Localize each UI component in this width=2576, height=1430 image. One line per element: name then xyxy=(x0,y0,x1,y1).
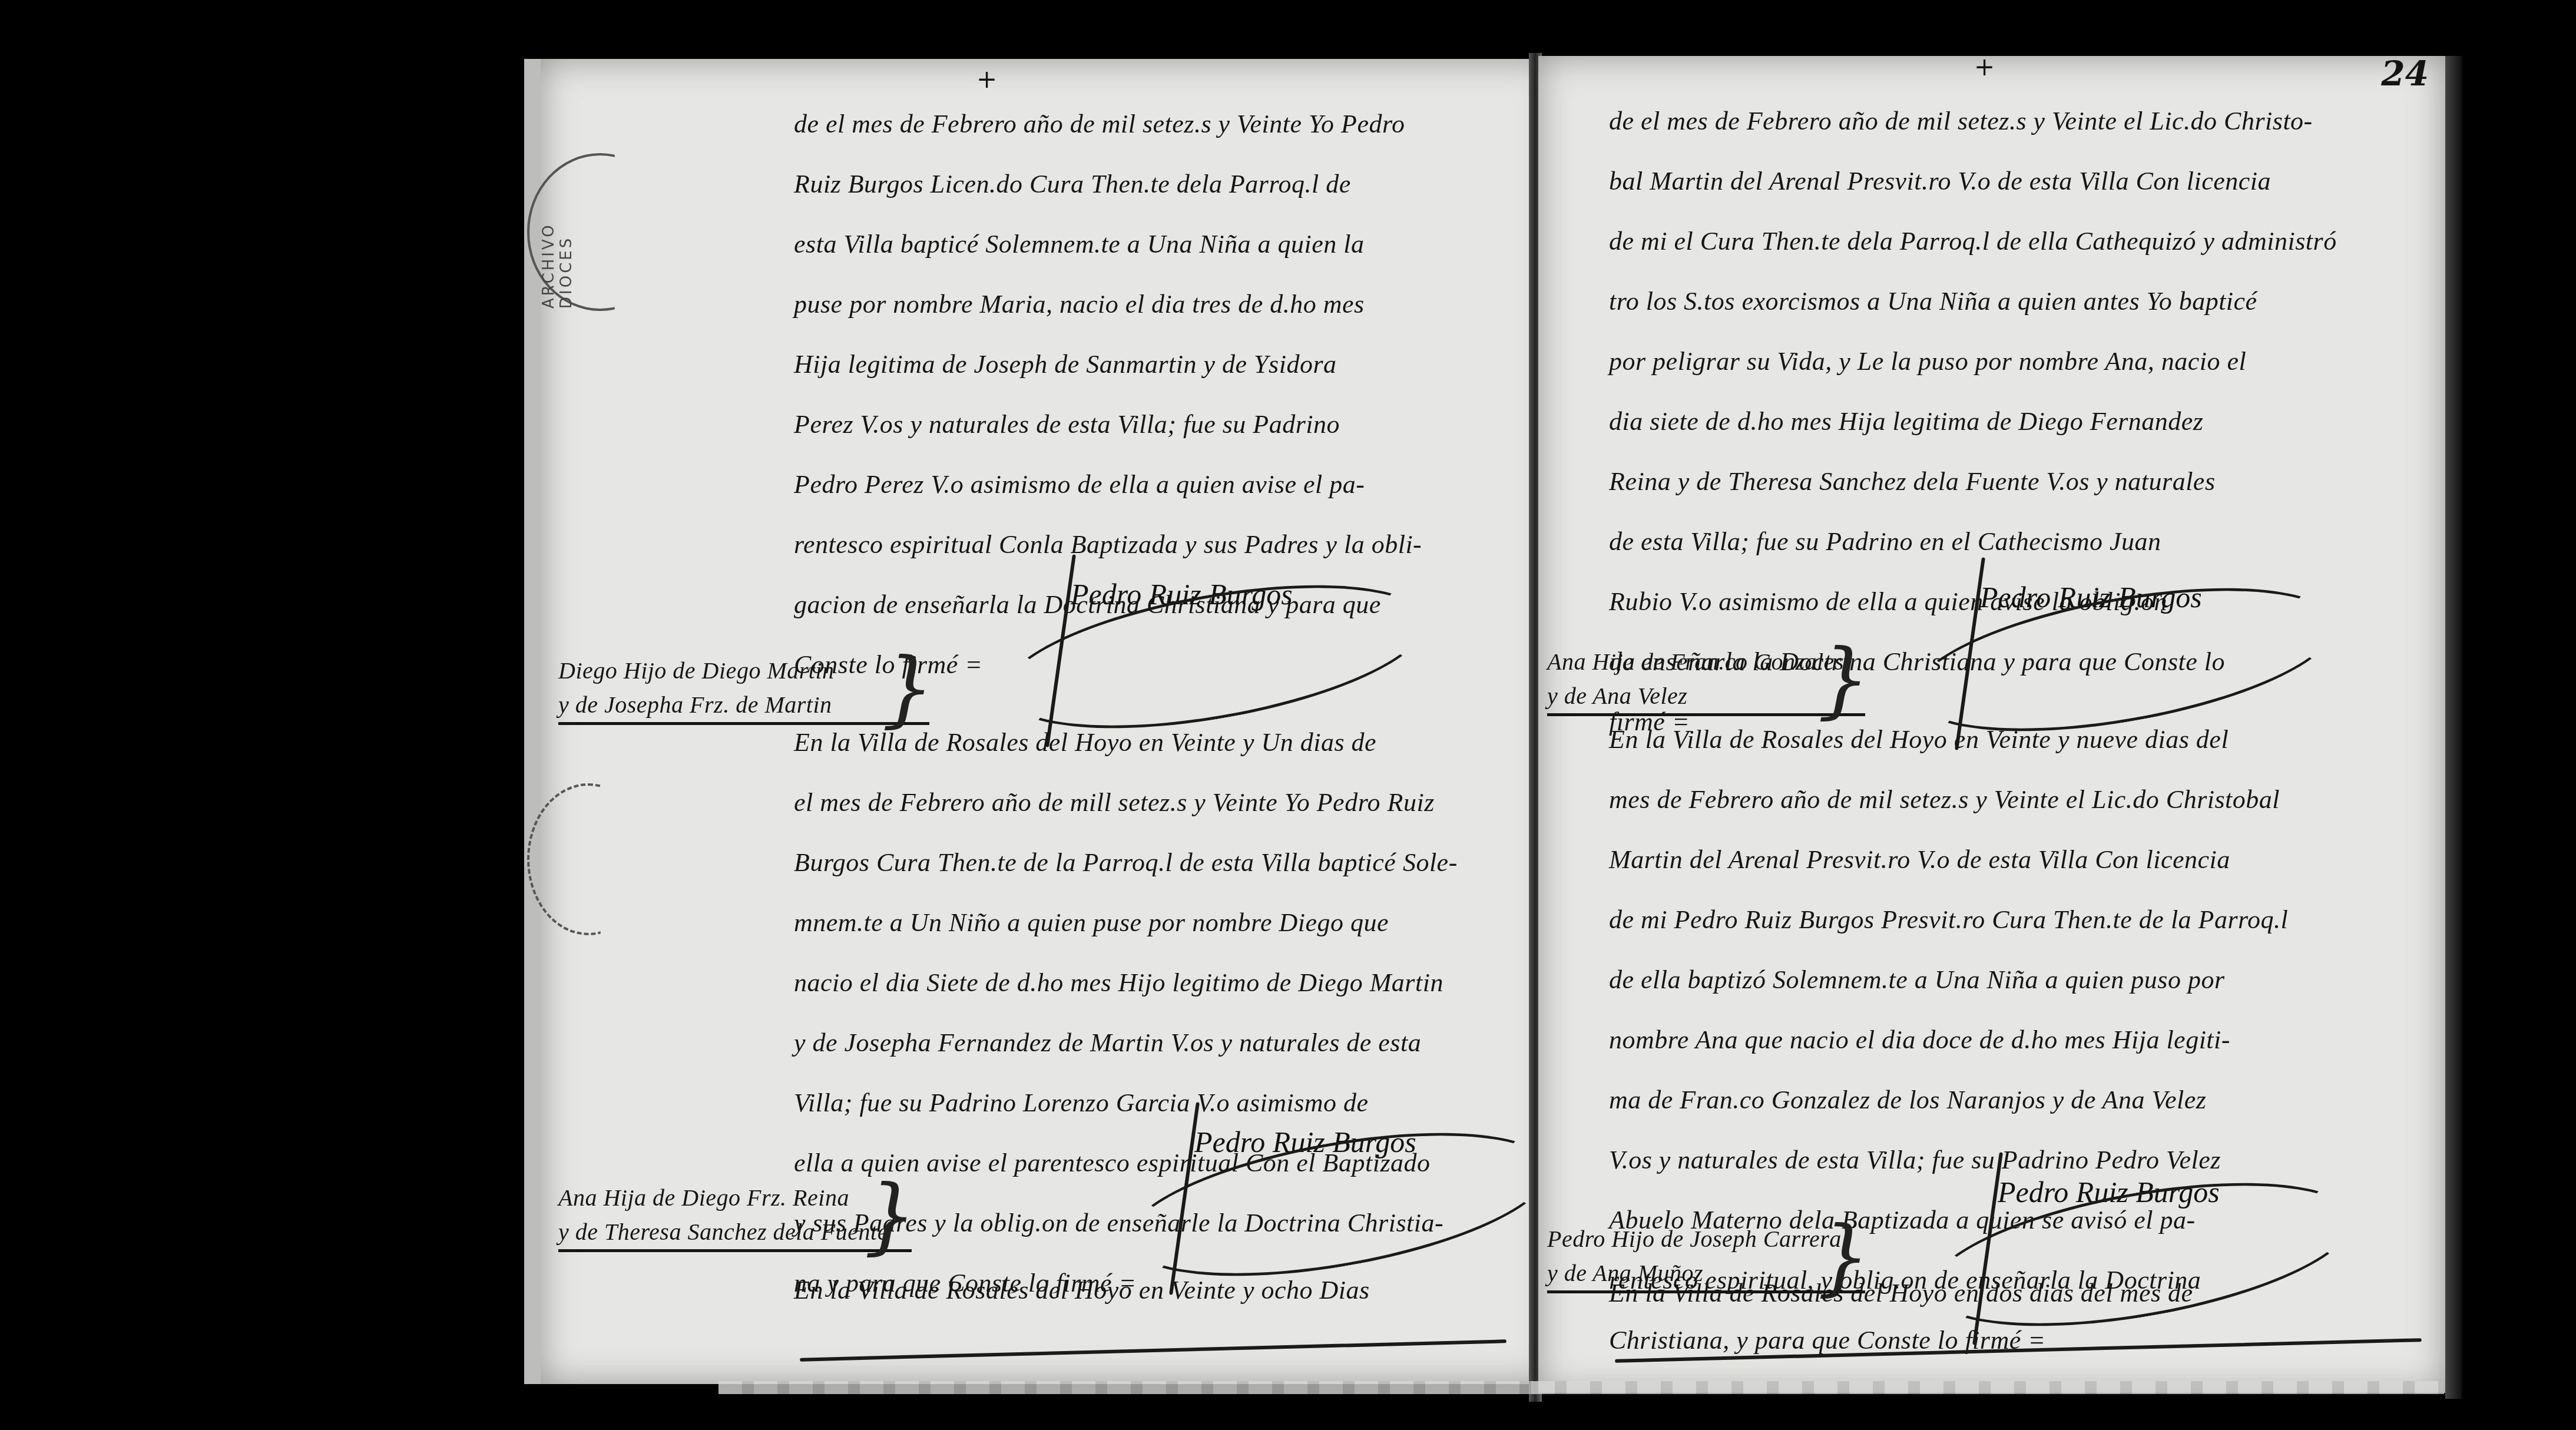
closing-rule xyxy=(800,1339,1506,1361)
entry-line: Perez V.os y naturales de esta Villa; fu… xyxy=(794,395,1422,455)
priest-signature: Pedro Ruiz Burgos xyxy=(1998,1175,2220,1209)
entry-line: Reina y de Theresa Sanchez dela Fuente V… xyxy=(1609,452,2337,512)
margin-note-ana-reina: Ana Hija de Diego Frz. Reina y de Theres… xyxy=(558,1181,912,1252)
baptism-entry-pedro-carrera: En la Villa de Rosales del Hoyo en dos d… xyxy=(1609,1263,2193,1323)
right-page-cross-mark: + xyxy=(1974,56,1995,81)
entry-line: ma de Fran.co Gonzalez de los Naranjos y… xyxy=(1609,1070,2288,1130)
entry-line: de el mes de Febrero año de mil setez.s … xyxy=(794,94,1422,154)
entry-line: de el mes de Febrero año de mil setez.s … xyxy=(1609,91,2337,151)
folio-number: 24 xyxy=(2381,56,2429,94)
page-bottom-edges xyxy=(719,1381,2444,1394)
priest-signature: Pedro Ruiz Burgos xyxy=(1980,580,2202,614)
entry-line: En la Villa de Rosales del Hoyo en Veint… xyxy=(794,1260,1370,1320)
entry-line: nacio el dia Siete de d.ho mes Hijo legi… xyxy=(794,953,1458,1013)
entry-line: En la Villa de Rosales del Hoyo en Veint… xyxy=(794,713,1458,773)
entry-line: tro los S.tos exorcismos a Una Niña a qu… xyxy=(1609,272,2337,332)
baptism-entry-ana-reina: En la Villa de Rosales del Hoyo en Veint… xyxy=(794,1260,1370,1320)
entry-line: por peligrar su Vida, y Le la puso por n… xyxy=(1609,332,2337,392)
book-fore-edge xyxy=(2445,56,2462,1399)
entry-line: de mi el Cura Then.te dela Parroq.l de e… xyxy=(1609,211,2337,272)
entry-line: el mes de Febrero año de mill setez.s y … xyxy=(794,773,1458,833)
entry-line: En la Villa de Rosales del Hoyo en dos d… xyxy=(1609,1263,2193,1323)
entry-line: Ruiz Burgos Licen.do Cura Then.te dela P… xyxy=(794,154,1422,214)
entry-line: Hija legitima de Joseph de Sanmartin y d… xyxy=(794,335,1422,395)
entry-line: mnem.te a Un Niño a quien puse por nombr… xyxy=(794,893,1458,953)
entry-line: dia siete de d.ho mes Hija legitima de D… xyxy=(1609,392,2337,452)
entry-line: Burgos Cura Then.te de la Parroq.l de es… xyxy=(794,833,1458,893)
entry-line: Villa; fue su Padrino Lorenzo Garcia V.o… xyxy=(794,1073,1458,1133)
entry-line: puse por nombre Maria, nacio el dia tres… xyxy=(794,274,1422,335)
right-page: + 24 de el mes de Febrero año de mil set… xyxy=(1538,56,2445,1393)
entry-line: de ella baptizó Solemnem.te a Una Niña a… xyxy=(1609,950,2288,1010)
entry-line: En la Villa de Rosales del Hoyo en Veint… xyxy=(1609,710,2288,770)
entry-line: bal Martin del Arenal Presvit.ro V.o de … xyxy=(1609,151,2337,211)
entry-line: y de Josepha Fernandez de Martin V.os y … xyxy=(794,1013,1458,1073)
entry-line: esta Villa bapticé Solemnem.te a Una Niñ… xyxy=(794,214,1422,274)
entry-line: Pedro Perez V.o asimismo de ella a quien… xyxy=(794,455,1422,515)
entry-line: Martin del Arenal Presvit.ro V.o de esta… xyxy=(1609,830,2288,890)
entry-line: de esta Villa; fue su Padrino en el Cath… xyxy=(1609,512,2337,572)
margin-note-ana-gonzales: Ana Hija de Fran.co Gonzales y de Ana Ve… xyxy=(1547,645,1865,716)
priest-signature: Pedro Ruiz Burgos xyxy=(1194,1125,1416,1159)
brace-icon: } xyxy=(864,1175,916,1257)
entry-line: de mi Pedro Ruiz Burgos Presvit.ro Cura … xyxy=(1609,890,2288,950)
scanned-register-spread: + de el mes de Febrero año de mil setez.… xyxy=(0,0,2576,1430)
entry-line: nombre Ana que nacio el dia doce de d.ho… xyxy=(1609,1010,2288,1070)
left-page-cross-mark: + xyxy=(976,65,997,94)
entry-line: mes de Febrero año de mil setez.s y Vein… xyxy=(1609,770,2288,830)
brace-icon: } xyxy=(1817,639,1870,721)
left-page: + de el mes de Febrero año de mil setez.… xyxy=(524,59,1554,1384)
priest-signature: Pedro Ruiz Burgos xyxy=(1071,577,1293,611)
entry-line: rentesco espiritual Conla Baptizada y su… xyxy=(794,515,1422,575)
